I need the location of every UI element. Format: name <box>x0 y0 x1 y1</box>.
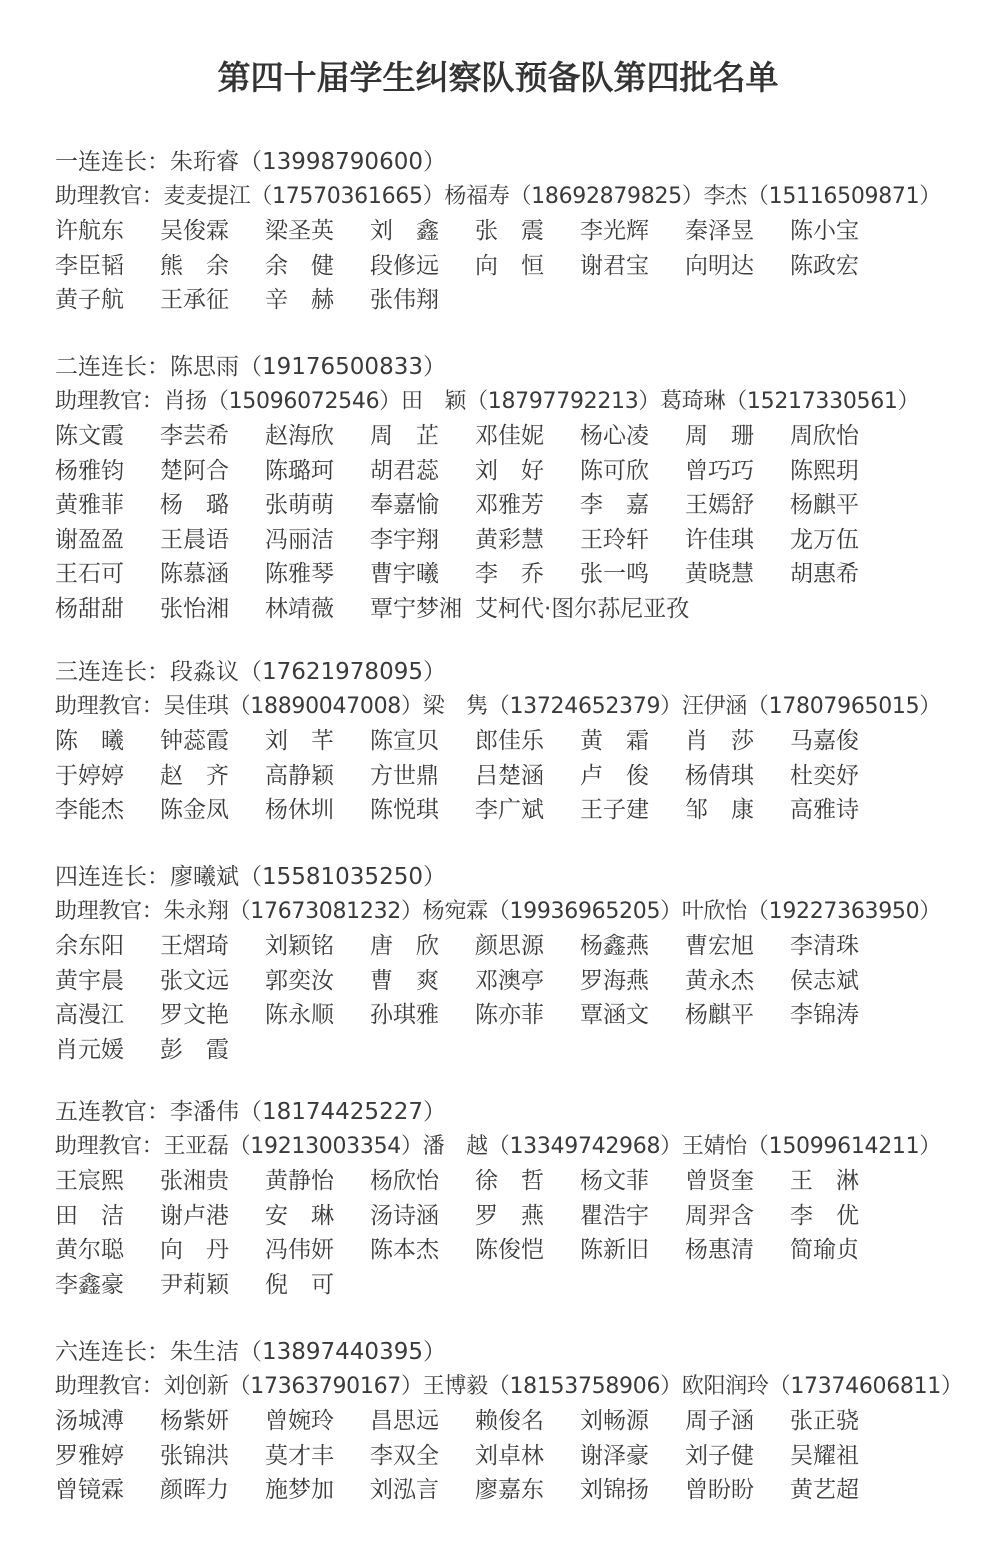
member-name: 杨文菲 <box>580 1164 649 1199</box>
company-leader: 三连连长：段淼议（17621978095） <box>55 655 975 690</box>
member-name: 曹宇曦 <box>370 557 439 592</box>
member-name: 李广斌 <box>475 793 544 828</box>
member-name: 李锦涛 <box>790 998 859 1033</box>
member-name: 倪 可 <box>265 1268 334 1303</box>
member-name: 卢 俊 <box>580 759 649 794</box>
member-name: 马嘉俊 <box>790 724 859 759</box>
member-name: 谢泽豪 <box>580 1439 649 1474</box>
member-row: 李臣韬熊 余余 健段修远向 恒谢君宝向明达陈政宏 <box>55 249 975 284</box>
member-row: 黄尔聪向 丹冯伟妍陈本杰陈俊恺陈新旧杨惠清简瑜贞 <box>55 1233 975 1268</box>
member-name: 陈熙玥 <box>790 454 859 489</box>
member-name: 陈本杰 <box>370 1233 439 1268</box>
assistant-instructors: 助理教官：刘创新（17363790167）王博毅（18153758906）欧阳润… <box>55 1370 975 1405</box>
member-name: 陈璐珂 <box>265 454 334 489</box>
member-name: 徐 哲 <box>475 1164 544 1199</box>
assistant-instructors: 助理教官：王亚磊（19213003354）潘 越（13349742968）王婧怡… <box>55 1130 975 1165</box>
member-name: 黄雅菲 <box>55 488 124 523</box>
member-name: 吕楚涵 <box>475 759 544 794</box>
member-name: 高静颖 <box>265 759 334 794</box>
member-name: 曾巧巧 <box>685 454 754 489</box>
member-name: 刘颖铭 <box>265 929 334 964</box>
member-name: 汤诗涵 <box>370 1199 439 1234</box>
member-name: 李 优 <box>790 1199 859 1234</box>
member-name: 冯丽洁 <box>265 523 334 558</box>
member-row: 罗雅婷张锦洪莫才丰李双全刘卓林谢泽豪刘子健吴耀祖 <box>55 1439 975 1474</box>
member-name: 奉嘉愉 <box>370 488 439 523</box>
member-name: 杨惠清 <box>685 1233 754 1268</box>
member-name: 冯伟妍 <box>265 1233 334 1268</box>
member-name: 刘 芊 <box>265 724 334 759</box>
member-name: 张 震 <box>475 214 544 249</box>
member-name: 曾镜霖 <box>55 1473 124 1508</box>
member-name: 李芸希 <box>160 419 229 454</box>
member-name: 陈金凤 <box>160 793 229 828</box>
member-name: 林靖薇 <box>265 592 334 627</box>
member-name: 陈永顺 <box>265 998 334 1033</box>
member-name: 杨麒平 <box>685 998 754 1033</box>
member-name: 周欣怡 <box>790 419 859 454</box>
member-name: 黄彩慧 <box>475 523 544 558</box>
member-name: 曹 爽 <box>370 964 439 999</box>
member-name: 钟蕊霞 <box>160 724 229 759</box>
member-name: 王子建 <box>580 793 649 828</box>
company-section: 五连教官：李潘伟（18174425227）助理教官：王亚磊（1921300335… <box>55 1095 975 1302</box>
member-name: 田 洁 <box>55 1199 124 1234</box>
member-name: 李鑫豪 <box>55 1268 124 1303</box>
member-name: 张一鸣 <box>580 557 649 592</box>
member-name: 颜晖力 <box>160 1473 229 1508</box>
member-row: 杨甜甜张怡湘林靖薇覃宁梦湘艾柯代·图尔荪尼亚孜 <box>55 592 975 627</box>
member-name: 张文远 <box>160 964 229 999</box>
member-name: 王 淋 <box>790 1164 859 1199</box>
member-name: 黄宇晨 <box>55 964 124 999</box>
member-name: 李宇翔 <box>370 523 439 558</box>
member-name: 王玲轩 <box>580 523 649 558</box>
member-name: 辛 赫 <box>265 283 334 318</box>
member-name: 周 芷 <box>370 419 439 454</box>
member-name: 张萌萌 <box>265 488 334 523</box>
member-name: 邓雅芳 <box>475 488 544 523</box>
member-name: 莫才丰 <box>265 1439 334 1474</box>
member-name: 黄静怡 <box>265 1164 334 1199</box>
member-name: 方世鼎 <box>370 759 439 794</box>
member-name: 郭奕汝 <box>265 964 334 999</box>
member-row: 陈文霞李芸希赵海欣周 芷邓佳妮杨心凌周 珊周欣怡 <box>55 419 975 454</box>
member-row: 谢盈盈王晨语冯丽洁李宇翔黄彩慧王玲轩许佳琪龙万伍 <box>55 523 975 558</box>
member-name: 王晨语 <box>160 523 229 558</box>
member-name: 胡惠希 <box>790 557 859 592</box>
member-name: 杨 璐 <box>160 488 229 523</box>
member-name: 黄子航 <box>55 283 124 318</box>
member-name: 向 丹 <box>160 1233 229 1268</box>
member-name: 陈政宏 <box>790 249 859 284</box>
member-name: 谢盈盈 <box>55 523 124 558</box>
member-name: 刘子健 <box>685 1439 754 1474</box>
member-name: 刘 好 <box>475 454 544 489</box>
member-name: 吴俊霖 <box>160 214 229 249</box>
member-name: 周 珊 <box>685 419 754 454</box>
member-name: 杨麒平 <box>790 488 859 523</box>
member-name: 李 嘉 <box>580 488 649 523</box>
member-name: 李 乔 <box>475 557 544 592</box>
member-name: 覃宁梦湘 <box>370 592 462 627</box>
member-name: 施梦加 <box>265 1473 334 1508</box>
member-name: 罗雅婷 <box>55 1439 124 1474</box>
member-name: 王熠琦 <box>160 929 229 964</box>
member-name: 杜奕妤 <box>790 759 859 794</box>
member-name: 张正骁 <box>790 1404 859 1439</box>
member-name: 赵海欣 <box>265 419 334 454</box>
member-name: 罗文艳 <box>160 998 229 1033</box>
member-name: 曾贤奎 <box>685 1164 754 1199</box>
member-name: 胡君蕊 <box>370 454 439 489</box>
member-name: 曾盼盼 <box>685 1473 754 1508</box>
member-name: 杨欣怡 <box>370 1164 439 1199</box>
member-name: 黄尔聪 <box>55 1233 124 1268</box>
member-name: 陈可欣 <box>580 454 649 489</box>
member-name: 许航东 <box>55 214 124 249</box>
member-row: 高漫江罗文艳陈永顺孙琪雅陈亦菲覃涵文杨麒平李锦涛 <box>55 998 975 1033</box>
member-name: 曹宏旭 <box>685 929 754 964</box>
member-row: 肖元媛彭 霞 <box>55 1033 975 1068</box>
member-name: 周子涵 <box>685 1404 754 1439</box>
member-name: 陈文霞 <box>55 419 124 454</box>
member-name: 刘 鑫 <box>370 214 439 249</box>
member-name: 吴耀祖 <box>790 1439 859 1474</box>
member-name: 邹 康 <box>685 793 754 828</box>
member-name: 赵 齐 <box>160 759 229 794</box>
member-name: 邓澳亭 <box>475 964 544 999</box>
member-name: 郎佳乐 <box>475 724 544 759</box>
member-row: 王宸熙张湘贵黄静怡杨欣怡徐 哲杨文菲曾贤奎王 淋 <box>55 1164 975 1199</box>
member-name: 陈 曦 <box>55 724 124 759</box>
member-name: 陈亦菲 <box>475 998 544 1033</box>
member-name: 李臣韬 <box>55 249 124 284</box>
member-name: 赖俊名 <box>475 1404 544 1439</box>
member-name: 李光辉 <box>580 214 649 249</box>
member-name: 肖元媛 <box>55 1033 124 1068</box>
assistant-instructors: 助理教官：吴佳琪（18890047008）梁 隽（13724652379）汪伊涵… <box>55 690 975 725</box>
member-row: 余东阳王熠琦刘颖铭唐 欣颜思源杨鑫燕曹宏旭李清珠 <box>55 929 975 964</box>
member-row: 李鑫豪尹莉颖倪 可 <box>55 1268 975 1303</box>
member-name: 陈新旧 <box>580 1233 649 1268</box>
member-name: 余东阳 <box>55 929 124 964</box>
member-name: 杨心凌 <box>580 419 649 454</box>
member-name: 梁圣英 <box>265 214 334 249</box>
member-name: 刘畅源 <box>580 1404 649 1439</box>
member-name: 向 恒 <box>475 249 544 284</box>
member-name: 昌思远 <box>370 1404 439 1439</box>
member-name: 安 琳 <box>265 1199 334 1234</box>
member-name: 曾婉玲 <box>265 1404 334 1439</box>
member-name: 刘泓言 <box>370 1473 439 1508</box>
company-section: 一连连长：朱珩睿（13998790600）助理教官：麦麦提江（175703616… <box>55 145 975 318</box>
member-name: 罗海燕 <box>580 964 649 999</box>
member-name: 瞿浩宇 <box>580 1199 649 1234</box>
member-name: 王宸熙 <box>55 1164 124 1199</box>
member-name: 黄永杰 <box>685 964 754 999</box>
member-name: 彭 霞 <box>160 1033 229 1068</box>
member-row: 黄雅菲杨 璐张萌萌奉嘉愉邓雅芳李 嘉王嫣舒杨麒平 <box>55 488 975 523</box>
member-name: 廖嘉东 <box>475 1473 544 1508</box>
member-name: 陈小宝 <box>790 214 859 249</box>
member-name: 陈宣贝 <box>370 724 439 759</box>
member-name: 张锦洪 <box>160 1439 229 1474</box>
member-row: 王石可陈慕涵陈雅琴曹宇曦李 乔张一鸣黄晓慧胡惠希 <box>55 557 975 592</box>
member-name: 杨紫妍 <box>160 1404 229 1439</box>
member-row: 于婷婷赵 齐高静颖方世鼎吕楚涵卢 俊杨倩琪杜奕妤 <box>55 759 975 794</box>
member-name: 陈慕涵 <box>160 557 229 592</box>
member-name: 杨雅钧 <box>55 454 124 489</box>
member-row: 黄子航王承征辛 赫张伟翔 <box>55 283 975 318</box>
member-name: 余 健 <box>265 249 334 284</box>
member-name: 汤城溥 <box>55 1404 124 1439</box>
member-name: 楚阿合 <box>160 454 229 489</box>
member-name: 谢卢港 <box>160 1199 229 1234</box>
company-leader: 一连连长：朱珩睿（13998790600） <box>55 145 975 180</box>
member-row: 田 洁谢卢港安 琳汤诗涵罗 燕瞿浩宇周羿含李 优 <box>55 1199 975 1234</box>
member-row: 汤城溥杨紫妍曾婉玲昌思远赖俊名刘畅源周子涵张正骁 <box>55 1404 975 1439</box>
member-name: 张伟翔 <box>370 283 439 318</box>
member-name: 黄晓慧 <box>685 557 754 592</box>
company-section: 二连连长：陈思雨（19176500833）助理教官：肖扬（15096072546… <box>55 350 975 626</box>
member-row: 杨雅钧楚阿合陈璐珂胡君蕊刘 好陈可欣曾巧巧陈熙玥 <box>55 454 975 489</box>
company-leader: 二连连长：陈思雨（19176500833） <box>55 350 975 385</box>
member-name: 王石可 <box>55 557 124 592</box>
member-name: 张怡湘 <box>160 592 229 627</box>
member-name: 邓佳妮 <box>475 419 544 454</box>
member-name: 简瑜贞 <box>790 1233 859 1268</box>
company-leader: 四连连长：廖曦斌（15581035250） <box>55 860 975 895</box>
member-name: 杨倩琪 <box>685 759 754 794</box>
member-name: 艾柯代·图尔荪尼亚孜 <box>475 592 689 627</box>
member-name: 龙万伍 <box>790 523 859 558</box>
company-section: 四连连长：廖曦斌（15581035250）助理教官：朱永翔（1767308123… <box>55 860 975 1067</box>
member-name: 刘锦扬 <box>580 1473 649 1508</box>
member-name: 高漫江 <box>55 998 124 1033</box>
member-name: 颜思源 <box>475 929 544 964</box>
member-name: 陈悦琪 <box>370 793 439 828</box>
member-name: 黄艺超 <box>790 1473 859 1508</box>
member-row: 许航东吴俊霖梁圣英刘 鑫张 震李光辉秦泽昱陈小宝 <box>55 214 975 249</box>
member-name: 孙琪雅 <box>370 998 439 1033</box>
member-name: 张湘贵 <box>160 1164 229 1199</box>
company-leader: 六连连长：朱生洁（13897440395） <box>55 1335 975 1370</box>
member-name: 唐 欣 <box>370 929 439 964</box>
member-name: 高雅诗 <box>790 793 859 828</box>
member-name: 罗 燕 <box>475 1199 544 1234</box>
member-row: 李能杰陈金凤杨休圳陈悦琪李广斌王子建邹 康高雅诗 <box>55 793 975 828</box>
member-name: 尹莉颖 <box>160 1268 229 1303</box>
member-name: 覃涵文 <box>580 998 649 1033</box>
member-name: 杨甜甜 <box>55 592 124 627</box>
assistant-instructors: 助理教官：朱永翔（17673081232）杨宛霖（19936965205）叶欣怡… <box>55 895 975 930</box>
member-name: 谢君宝 <box>580 249 649 284</box>
member-name: 陈俊恺 <box>475 1233 544 1268</box>
member-name: 李能杰 <box>55 793 124 828</box>
member-name: 侯志斌 <box>790 964 859 999</box>
member-row: 陈 曦钟蕊霞刘 芊陈宣贝郎佳乐黄 霜肖 莎马嘉俊 <box>55 724 975 759</box>
member-name: 李双全 <box>370 1439 439 1474</box>
member-name: 杨鑫燕 <box>580 929 649 964</box>
member-name: 熊 余 <box>160 249 229 284</box>
member-name: 王承征 <box>160 283 229 318</box>
company-leader: 五连教官：李潘伟（18174425227） <box>55 1095 975 1130</box>
member-row: 曾镜霖颜晖力施梦加刘泓言廖嘉东刘锦扬曾盼盼黄艺超 <box>55 1473 975 1508</box>
member-row: 黄宇晨张文远郭奕汝曹 爽邓澳亭罗海燕黄永杰侯志斌 <box>55 964 975 999</box>
member-name: 肖 莎 <box>685 724 754 759</box>
member-name: 刘卓林 <box>475 1439 544 1474</box>
member-name: 周羿含 <box>685 1199 754 1234</box>
member-name: 许佳琪 <box>685 523 754 558</box>
member-name: 于婷婷 <box>55 759 124 794</box>
member-name: 李清珠 <box>790 929 859 964</box>
member-name: 杨休圳 <box>265 793 334 828</box>
assistant-instructors: 助理教官：肖扬（15096072546）田 颖（18797792213）葛琦琳（… <box>55 385 975 420</box>
assistant-instructors: 助理教官：麦麦提江（17570361665）杨福寿（18692879825）李杰… <box>55 180 975 215</box>
member-name: 王嫣舒 <box>685 488 754 523</box>
company-section: 六连连长：朱生洁（13897440395）助理教官：刘创新（1736379016… <box>55 1335 975 1508</box>
member-name: 段修远 <box>370 249 439 284</box>
member-name: 向明达 <box>685 249 754 284</box>
member-name: 陈雅琴 <box>265 557 334 592</box>
company-section: 三连连长：段淼议（17621978095）助理教官：吴佳琪（1889004700… <box>55 655 975 828</box>
member-name: 秦泽昱 <box>685 214 754 249</box>
page-title: 第四十届学生纠察队预备队第四批名单 <box>0 52 996 99</box>
member-name: 黄 霜 <box>580 724 649 759</box>
